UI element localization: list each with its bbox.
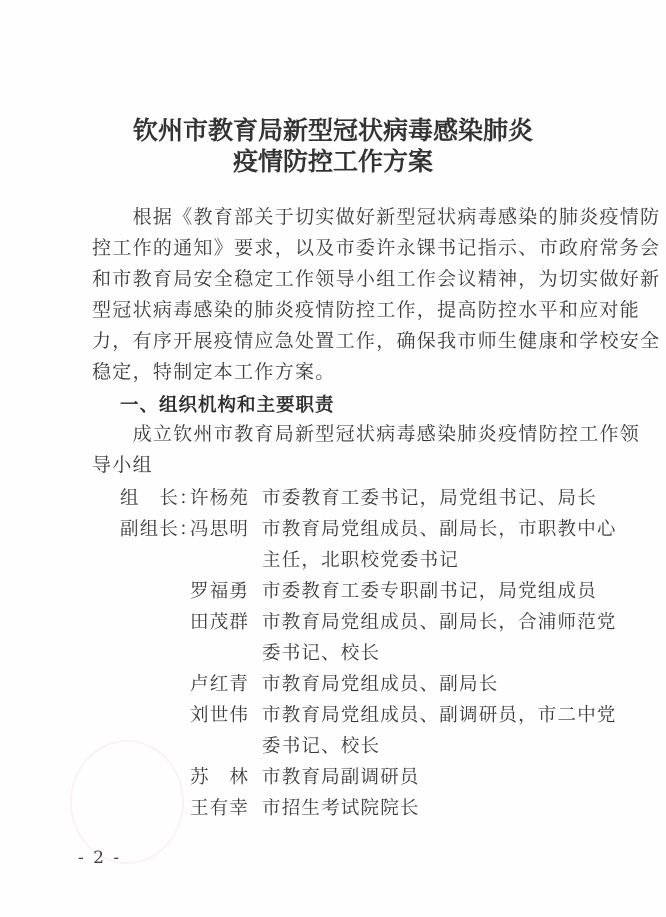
- document-title-line-2: 疫情防控工作方案: [0, 142, 666, 178]
- intro-paragraph-line: 控工作的通知》要求，以及市委许永锞书记指示、市政府常务会: [92, 236, 582, 260]
- member-name: 许杨苑: [190, 484, 249, 510]
- member-duty: 市委教育工委专职副书记，局党组成员: [262, 577, 597, 603]
- member-duty: 市招生考试院院长: [262, 794, 420, 820]
- faint-seal-stamp: [70, 740, 184, 864]
- member-name: 田茂群: [190, 608, 249, 634]
- member-duty: 市教育局党组成员、副局长，合浦师范党: [262, 608, 617, 634]
- member-duty: 委书记、校长: [262, 732, 380, 758]
- member-duty: 市教育局党组成员、副调研员，市二中党: [262, 701, 617, 727]
- intro-paragraph-line: 稳定，特制定本工作方案。: [92, 360, 582, 384]
- member-name: 冯思明: [190, 515, 249, 541]
- member-role: 组 长：: [120, 484, 199, 510]
- member-duty: 主任，北职校党委书记: [262, 546, 459, 572]
- member-name: 卢红青: [190, 670, 249, 696]
- intro-paragraph-line: 型冠状病毒感染的肺炎疫情防控工作，提高防控水平和应对能: [92, 298, 582, 322]
- document-page: 钦州市教育局新型冠状病毒感染肺炎 疫情防控工作方案 根据《教育部关于切实做好新型…: [0, 0, 666, 917]
- section-intro-line: 导小组: [92, 453, 582, 477]
- member-name: 王有幸: [190, 794, 249, 820]
- intro-paragraph-line: 根据《教育部关于切实做好新型冠状病毒感染的肺炎疫情防: [92, 205, 582, 229]
- page-number: - 2 -: [78, 848, 121, 868]
- member-name: 罗福勇: [190, 577, 249, 603]
- section-heading: 一、组织机构和主要职责: [120, 391, 335, 417]
- member-duty: 市教育局副调研员: [262, 763, 420, 789]
- member-role: 副组长：: [120, 515, 199, 541]
- member-duty: 市教育局党组成员、副局长，市职教中心: [262, 515, 617, 541]
- section-intro-line: 成立钦州市教育局新型冠状病毒感染肺炎疫情防控工作领: [92, 422, 582, 446]
- member-name: 苏 林: [190, 763, 249, 789]
- member-duty: 市教育局党组成员、副局长: [262, 670, 498, 696]
- member-duty: 委书记、校长: [262, 639, 380, 665]
- member-name: 刘世伟: [190, 701, 249, 727]
- member-duty: 市委教育工委书记，局党组书记、局长: [262, 484, 597, 510]
- intro-paragraph-line: 力，有序开展疫情应急处置工作，确保我市师生健康和学校安全: [92, 329, 582, 353]
- intro-paragraph-line: 和市教育局安全稳定工作领导小组工作会议精神，为切实做好新: [92, 267, 582, 291]
